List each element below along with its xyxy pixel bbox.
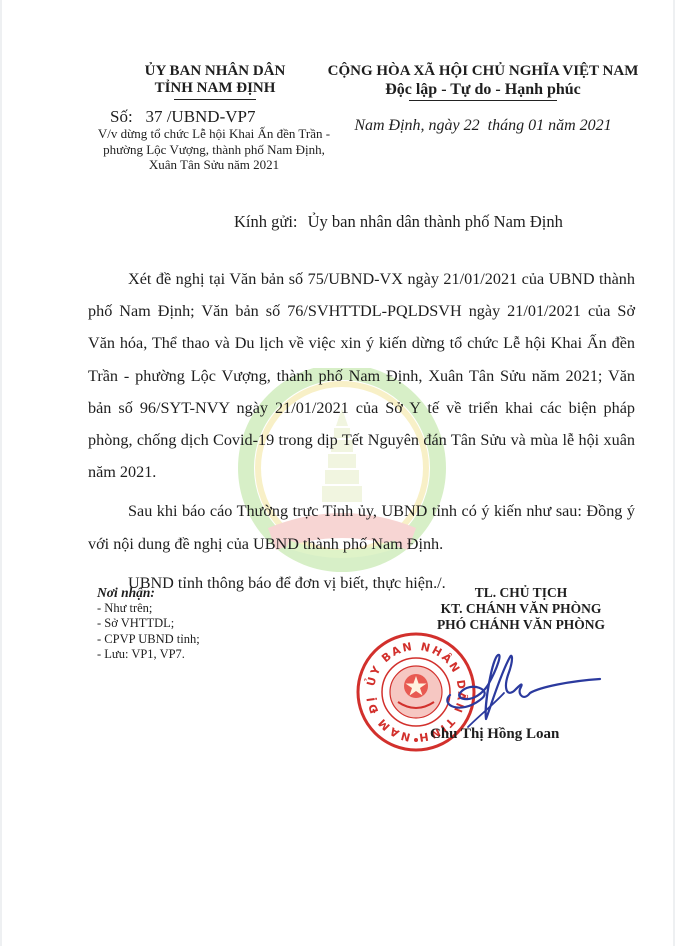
place-date: Nam Định, ngày 22 tháng 01 năm 2021: [324, 116, 642, 136]
recipient-item: - Như trên;: [97, 601, 200, 617]
number-label: Số:: [110, 107, 133, 126]
document-body: Xét đề nghị tại Văn bản số 75/UBND-VX ng…: [88, 263, 635, 599]
motto-underline: [409, 100, 557, 101]
body-paragraph: Sau khi báo cáo Thường trực Tỉnh ủy, UBN…: [88, 495, 635, 559]
document-page: ỦY BAN NHÂN DÂN TỈNH NAM ĐỊNH Số: 37 /UB…: [0, 0, 675, 946]
number-value: 37 /UBND-VP7: [145, 107, 255, 126]
document-subject: V/v dừng tổ chức Lễ hội Khai Ấn đền Trần…: [82, 126, 346, 173]
national-title: CỘNG HÒA XÃ HỘI CHỦ NGHĨA VIỆT NAM: [324, 63, 642, 80]
national-header: CỘNG HÒA XÃ HỘI CHỦ NGHĨA VIỆT NAM Độc l…: [324, 63, 642, 101]
recipients-list: Nơi nhận: - Như trên; - Sở VHTTDL; - CPV…: [97, 585, 200, 663]
agency-line-2: TỈNH NAM ĐỊNH: [90, 80, 340, 97]
recipient-item: - CPVP UBND tỉnh;: [97, 632, 200, 648]
body-paragraph: Xét đề nghị tại Văn bản số 75/UBND-VX ng…: [88, 263, 635, 488]
recipient-line: Kính gửi: Ủy ban nhân dân thành phố Nam …: [2, 211, 675, 233]
issuing-agency: ỦY BAN NHÂN DÂN TỈNH NAM ĐỊNH: [90, 63, 340, 100]
subject-line: phường Lộc Vượng, thành phố Nam Định,: [82, 142, 346, 158]
signer-name: Chu Thị Hồng Loan: [430, 725, 559, 743]
sign-line-1: TL. CHỦ TỊCH: [402, 585, 640, 601]
subject-line: Xuân Tân Sửu năm 2021: [82, 157, 346, 173]
recipient-item: - Sở VHTTDL;: [97, 616, 200, 632]
recipients-title: Nơi nhận:: [97, 585, 200, 601]
handwritten-signature-icon: [440, 645, 605, 735]
agency-line-1: ỦY BAN NHÂN DÂN: [90, 63, 340, 80]
recipient-label: Kính gửi:: [234, 212, 298, 231]
recipient-item: - Lưu: VP1, VP7.: [97, 647, 200, 663]
national-motto: Độc lập - Tự do - Hạnh phúc: [324, 80, 642, 99]
signature-titles: TL. CHỦ TỊCH KT. CHÁNH VĂN PHÒNG PHÓ CHÁ…: [402, 585, 640, 633]
sign-line-2: KT. CHÁNH VĂN PHÒNG: [402, 601, 640, 617]
agency-underline: [174, 99, 256, 100]
recipient-name: Ủy ban nhân dân thành phố Nam Định: [308, 212, 563, 231]
document-number: Số: 37 /UBND-VP7: [110, 107, 255, 127]
subject-line: V/v dừng tổ chức Lễ hội Khai Ấn đền Trần…: [82, 126, 346, 142]
